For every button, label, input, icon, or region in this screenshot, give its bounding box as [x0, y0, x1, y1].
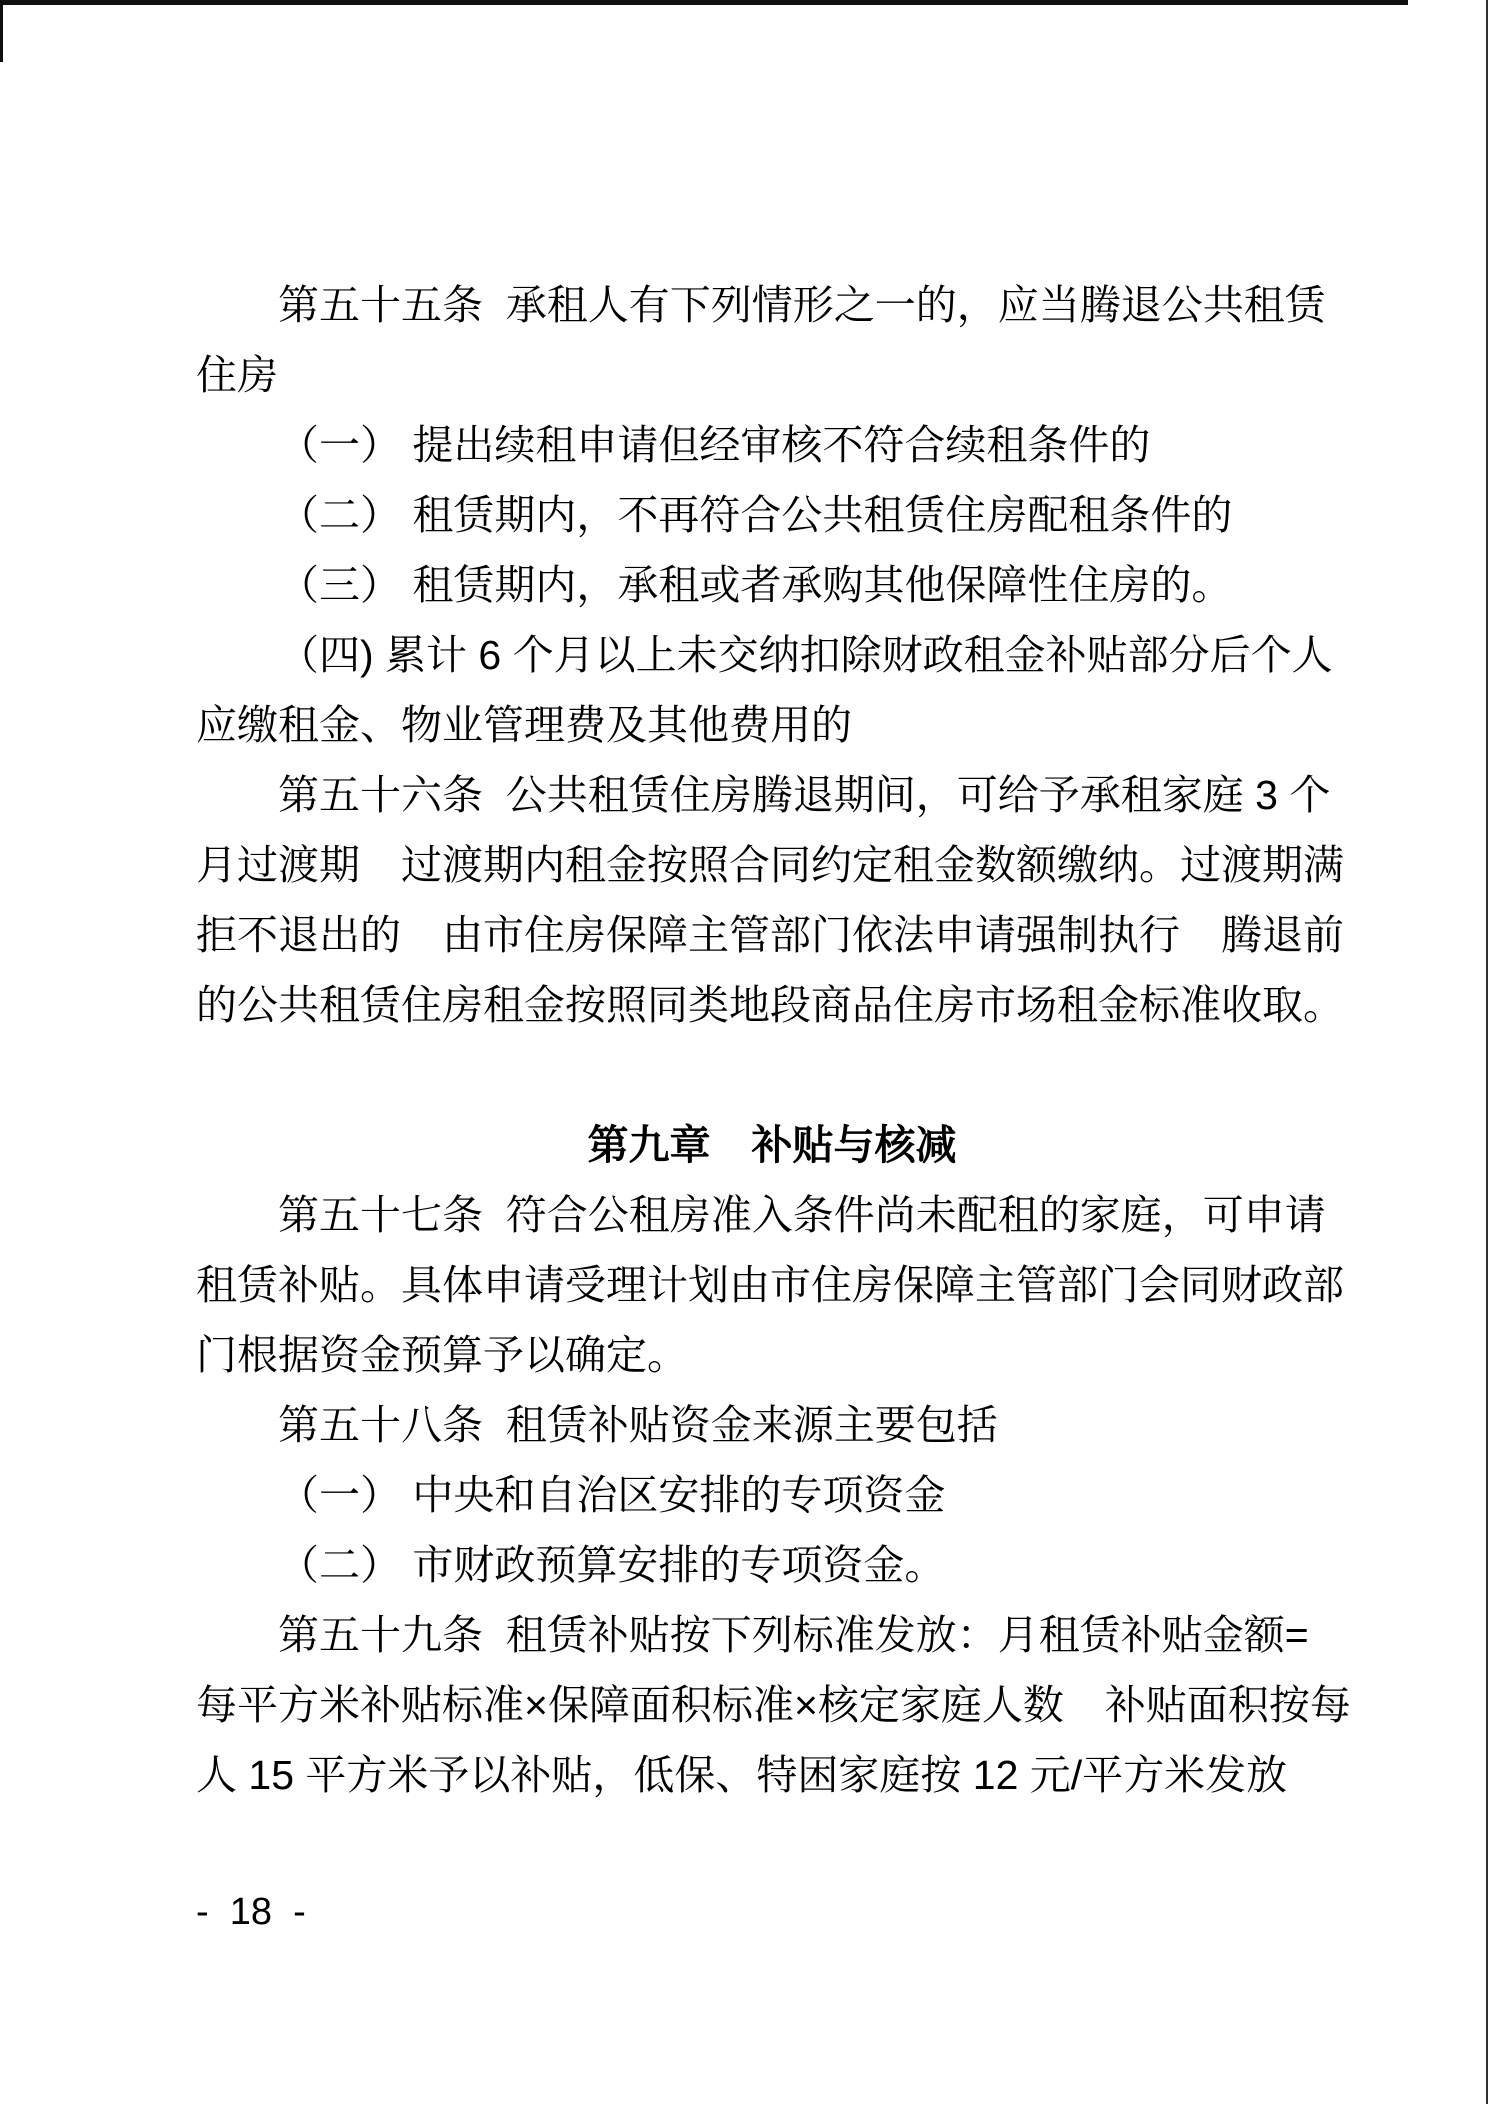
- text-line-item-2: （二） 租赁期内，不再符合公共租赁住房配租条件的: [196, 480, 1348, 550]
- text-line-article-58: 第五十八条 租赁补贴资金来源主要包括: [196, 1390, 1348, 1460]
- text-line-article-55: 第五十五条 承租人有下列情形之一的，应当腾退公共租赁: [196, 270, 1348, 340]
- text-line: 的公共租赁住房租金按照同类地段商品住房市场租金标准收取。: [196, 970, 1348, 1040]
- text-line: 租赁补贴。具体申请受理计划由市住房保障主管部门会同财政部: [196, 1250, 1348, 1320]
- text-line-item-1: （一） 提出续租申请但经审核不符合续租条件的: [196, 410, 1348, 480]
- text-line-item-4: （四) 累计 6 个月以上未交纳扣除财政租金补贴部分后个人: [196, 620, 1348, 690]
- page-number: - 18 -: [196, 1882, 306, 1942]
- text-line: 门根据资金预算予以确定。: [196, 1320, 1348, 1390]
- text-line-item-3: （三） 租赁期内，承租或者承购其他保障性住房的。: [196, 550, 1348, 620]
- text-line: 每平方米补贴标准×保障面积标准×核定家庭人数 补贴面积按每: [196, 1670, 1348, 1740]
- text-line-article-59: 第五十九条 租赁补贴按下列标准发放：月租赁补贴金额=: [196, 1600, 1348, 1670]
- text-line-item-1: （一） 中央和自治区安排的专项资金: [196, 1460, 1348, 1530]
- text-line: 月过渡期 过渡期内租金按照合同约定租金数额缴纳。过渡期满: [196, 830, 1348, 900]
- document-page: 第五十五条 承租人有下列情形之一的，应当腾退公共租赁 住房 （一） 提出续租申请…: [0, 0, 1488, 2104]
- text-line: 住房: [196, 340, 1348, 410]
- text-line: 人 15 平方米予以补贴，低保、特困家庭按 12 元/平方米发放: [196, 1740, 1348, 1810]
- document-body: 第五十五条 承租人有下列情形之一的，应当腾退公共租赁 住房 （一） 提出续租申请…: [196, 270, 1348, 1810]
- text-line: 拒不退出的 由市住房保障主管部门依法申请强制执行 腾退前: [196, 900, 1348, 970]
- chapter-heading: 第九章 补贴与核减: [196, 1110, 1348, 1180]
- blank-line: [196, 1040, 1348, 1110]
- text-line: 应缴租金、物业管理费及其他费用的: [196, 690, 1348, 760]
- text-line-article-57: 第五十七条 符合公租房准入条件尚未配租的家庭，可申请: [196, 1180, 1348, 1250]
- text-line-item-2: （二） 市财政预算安排的专项资金。: [196, 1530, 1348, 1600]
- text-line-article-56: 第五十六条 公共租赁住房腾退期间，可给予承租家庭 3 个: [196, 760, 1348, 830]
- scan-border-top: [0, 0, 1408, 5]
- scan-border-left-stub: [0, 0, 3, 62]
